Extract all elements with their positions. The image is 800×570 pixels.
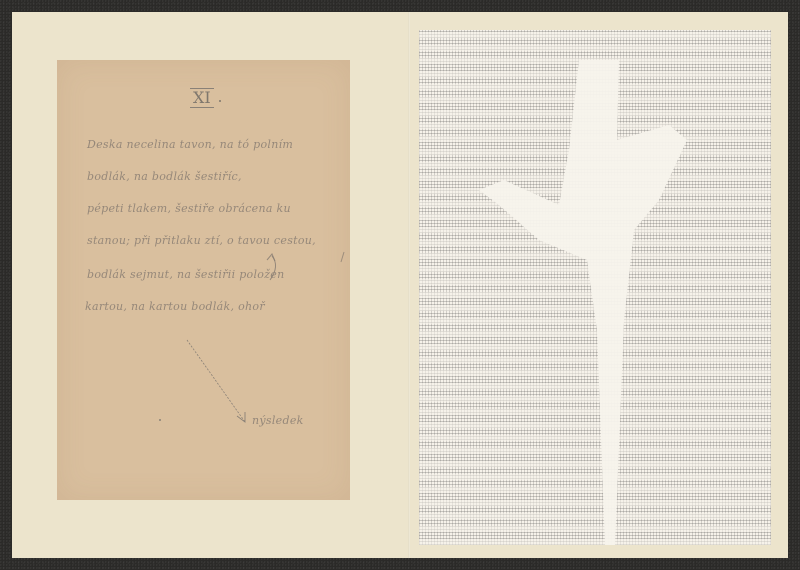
manuscript-sheet: XI Deska necelina tavon, na tó polním bo… bbox=[57, 60, 350, 500]
manuscript-annotation: nýsledek bbox=[252, 414, 304, 427]
album-spread: XI Deska necelina tavon, na tó polním bo… bbox=[12, 12, 788, 558]
bird-silhouette-icon bbox=[419, 30, 771, 545]
page-fold bbox=[408, 12, 410, 558]
typewriter-print bbox=[419, 30, 771, 545]
pencil-arrow-icon bbox=[57, 60, 350, 500]
